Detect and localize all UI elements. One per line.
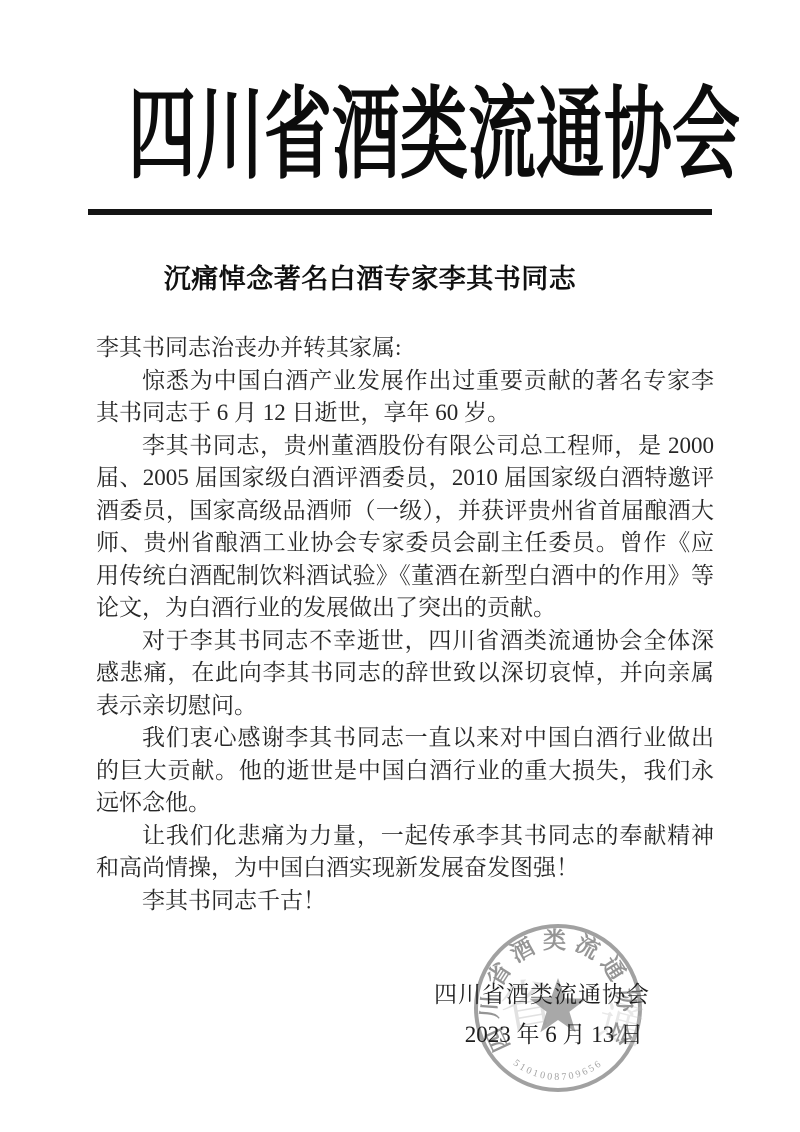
letterhead-title: 四川省酒类流通协会	[128, 84, 672, 188]
letterhead-divider	[88, 209, 712, 215]
document-title: 沉痛悼念著名白酒专家李其书同志	[0, 257, 740, 296]
paragraph: 李其书同志，贵州董酒股份有限公司总工程师，是 2000 届、2005 届国家级白…	[96, 430, 714, 625]
paragraph: 惊悉为中国白酒产业发展作出过重要贡献的著名专家李其书同志于 6 月 12 日逝世…	[96, 365, 714, 430]
seal-code-container: 5101008709656	[511, 1058, 605, 1083]
scanned-letter-page: 四川省酒类流通协会 沉痛悼念著名白酒专家李其书同志 李其书同志治丧办并转其家属:…	[0, 0, 800, 1132]
letter-body: 李其书同志治丧办并转其家属: 惊悉为中国白酒产业发展作出过重要贡献的著名专家李其…	[96, 332, 714, 917]
seal-code: 5101008709656	[511, 1058, 605, 1083]
signature-organization: 四川省酒类流通协会	[434, 976, 650, 1009]
paragraph: 我们衷心感谢李其书同志一直以来对中国白酒行业做出的巨大贡献。他的逝世是中国白酒行…	[96, 722, 714, 820]
signature-date: 2023 年 6 月 13 日	[465, 1016, 643, 1049]
salutation: 李其书同志治丧办并转其家属:	[96, 332, 714, 365]
paragraph: 让我们化悲痛为力量，一起传承李其书同志的奉献精神和高尚情操，为中国白酒实现新发展…	[96, 820, 714, 885]
paragraph: 对于李其书同志不幸逝世，四川省酒类流通协会全体深感悲痛，在此向李其书同志的辞世致…	[96, 625, 714, 723]
